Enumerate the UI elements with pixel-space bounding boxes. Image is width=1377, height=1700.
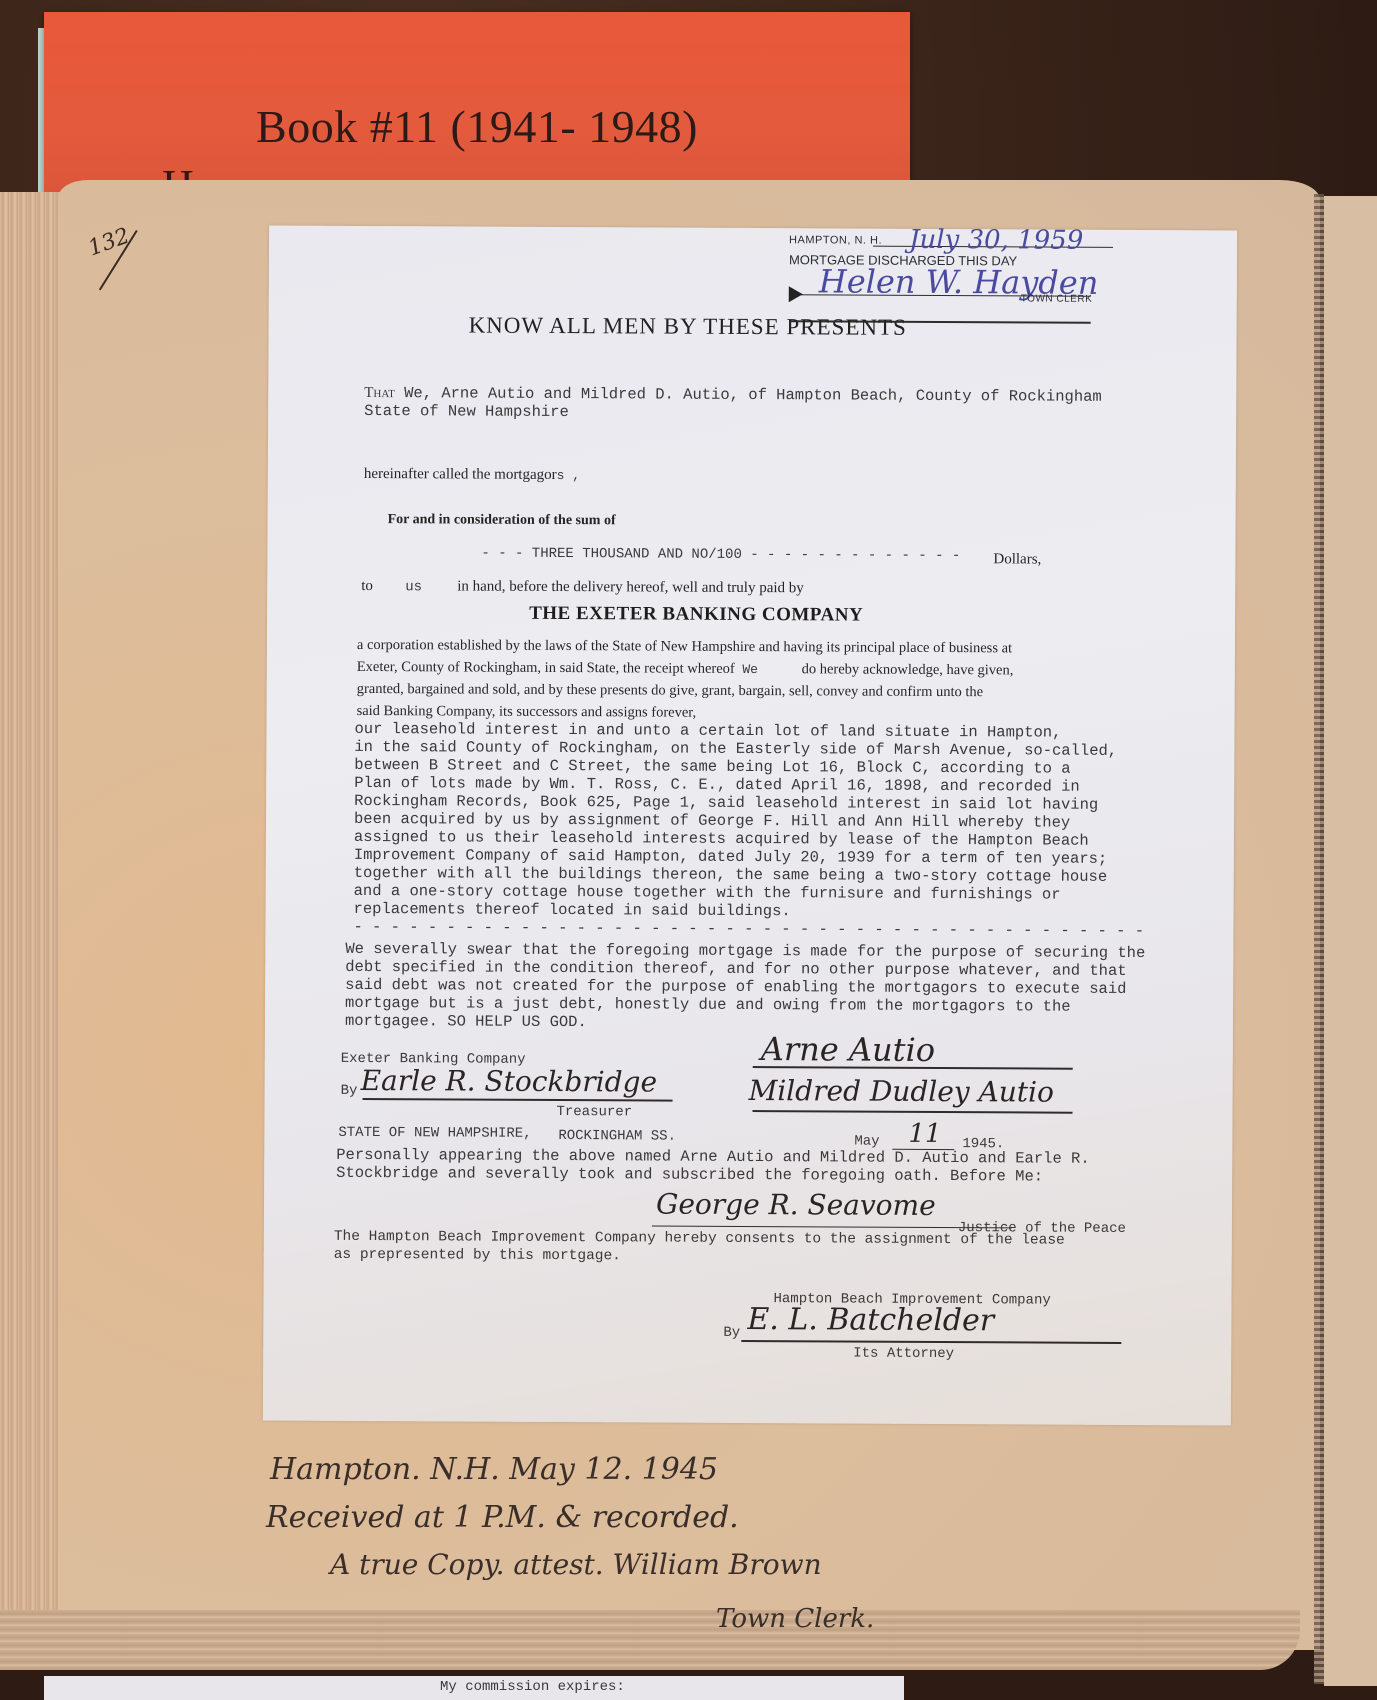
justice-signature: George R. Seavome [656, 1188, 936, 1222]
recording-note-line-2: Received at 1 P.M. & recorded. [266, 1500, 739, 1535]
book-page-edges [0, 192, 64, 1662]
discharge-date: July 30, 1959 [909, 225, 1083, 256]
receipt-suffix: do hereby acknowledge, have given, [802, 661, 1014, 678]
ack-line: Stockbridge and severally took and subsc… [336, 1164, 1236, 1187]
parties-prefix: That [364, 385, 395, 401]
underlying-page-strip: My commission expires: [44, 1676, 904, 1700]
commission-expires-label: My commission expires: [440, 1678, 625, 1696]
mortgagors-label-text: hereinafter called the mortgagor [364, 466, 557, 483]
next-page-edge [1324, 196, 1377, 1686]
triangle-marker-icon [789, 286, 803, 302]
bank-by-label: By [341, 1082, 358, 1100]
corporation-line-text: Exeter, County of Rockingham, in said St… [357, 659, 735, 677]
mortgagee-name: THE EXETER BANKING COMPANY [529, 603, 863, 627]
ack-state: STATE OF NEW HAMPSHIRE, [338, 1124, 531, 1143]
recording-note-line-1: Hampton. N.H. May 12. 1945 [270, 1452, 718, 1487]
consideration-amount: - - - THREE THOUSAND AND NO/100 - - - - … [481, 545, 960, 566]
treasurer-title: Treasurer [556, 1103, 632, 1121]
ack-paragraph: Personally appearing the above named Arn… [336, 1146, 1236, 1187]
cover-title: Book #11 (1941- 1948) [44, 100, 910, 153]
mortgagors-suffix: s , [557, 468, 580, 483]
document-heading: KNOW ALL MEN BY THESE PRESENTS [469, 313, 907, 341]
mortgagors-label: hereinafter called the mortgagors , [364, 466, 580, 485]
mortgagor-signature-1: Arne Autio [761, 1030, 935, 1069]
recording-note-line-3: A true Copy. attest. William Brown [330, 1548, 822, 1581]
mortgage-document: HAMPTON, N. H. July 30, 1959 MORTGAGE DI… [263, 225, 1237, 1425]
consideration-label: For and in consideration of the sum of [388, 512, 616, 529]
attorney-signature-line [741, 1340, 1121, 1344]
oath-paragraph: We severally swear that the foregoing mo… [345, 940, 1245, 1035]
property-description: our leasehold interest in and unto a cer… [353, 720, 1234, 941]
consent-line: as prepresented by this mortgage. [334, 1246, 1234, 1269]
treasurer-signature-line [363, 1098, 673, 1102]
separator-line: - - - - - - - - - - - - - - - - - - - - … [353, 918, 1153, 940]
attorney-title: Its Attorney [853, 1345, 954, 1364]
consent-paragraph: The Hampton Beach Improvement Company he… [334, 1228, 1234, 1269]
clerk-title: TOWN CLERK [1021, 293, 1093, 304]
stamp-place-label: HAMPTON, N. H. [789, 234, 882, 246]
receipt-who: We [742, 662, 758, 677]
mortgagor-signature-line-1 [753, 1066, 1073, 1070]
treasurer-signature: Earle R. Stockbridge [361, 1064, 658, 1099]
ack-day: 11 [908, 1119, 941, 1149]
parties-line-2: State of New Hampshire [364, 402, 569, 421]
dollars-label: Dollars, [993, 551, 1041, 568]
page-stack-bottom [0, 1610, 1300, 1670]
paid-to-value: us [405, 578, 422, 596]
paid-to-suffix: in hand, before the delivery hereof, wel… [457, 578, 804, 597]
consent-by-label: By [723, 1324, 740, 1342]
mortgagor-signature-line-2 [752, 1110, 1072, 1114]
mortgagor-signature-2: Mildred Dudley Autio [749, 1074, 1054, 1109]
recording-note-line-4: Town Clerk. [716, 1604, 874, 1634]
paid-to-prefix: to [361, 578, 373, 595]
ack-county: ROCKINGHAM SS. [558, 1127, 676, 1146]
attorney-signature: E. L. Batchelder [747, 1302, 994, 1338]
book-gutter-stitching [1314, 194, 1324, 1684]
corporation-paragraph: a corporation established by the laws of… [357, 634, 1217, 727]
